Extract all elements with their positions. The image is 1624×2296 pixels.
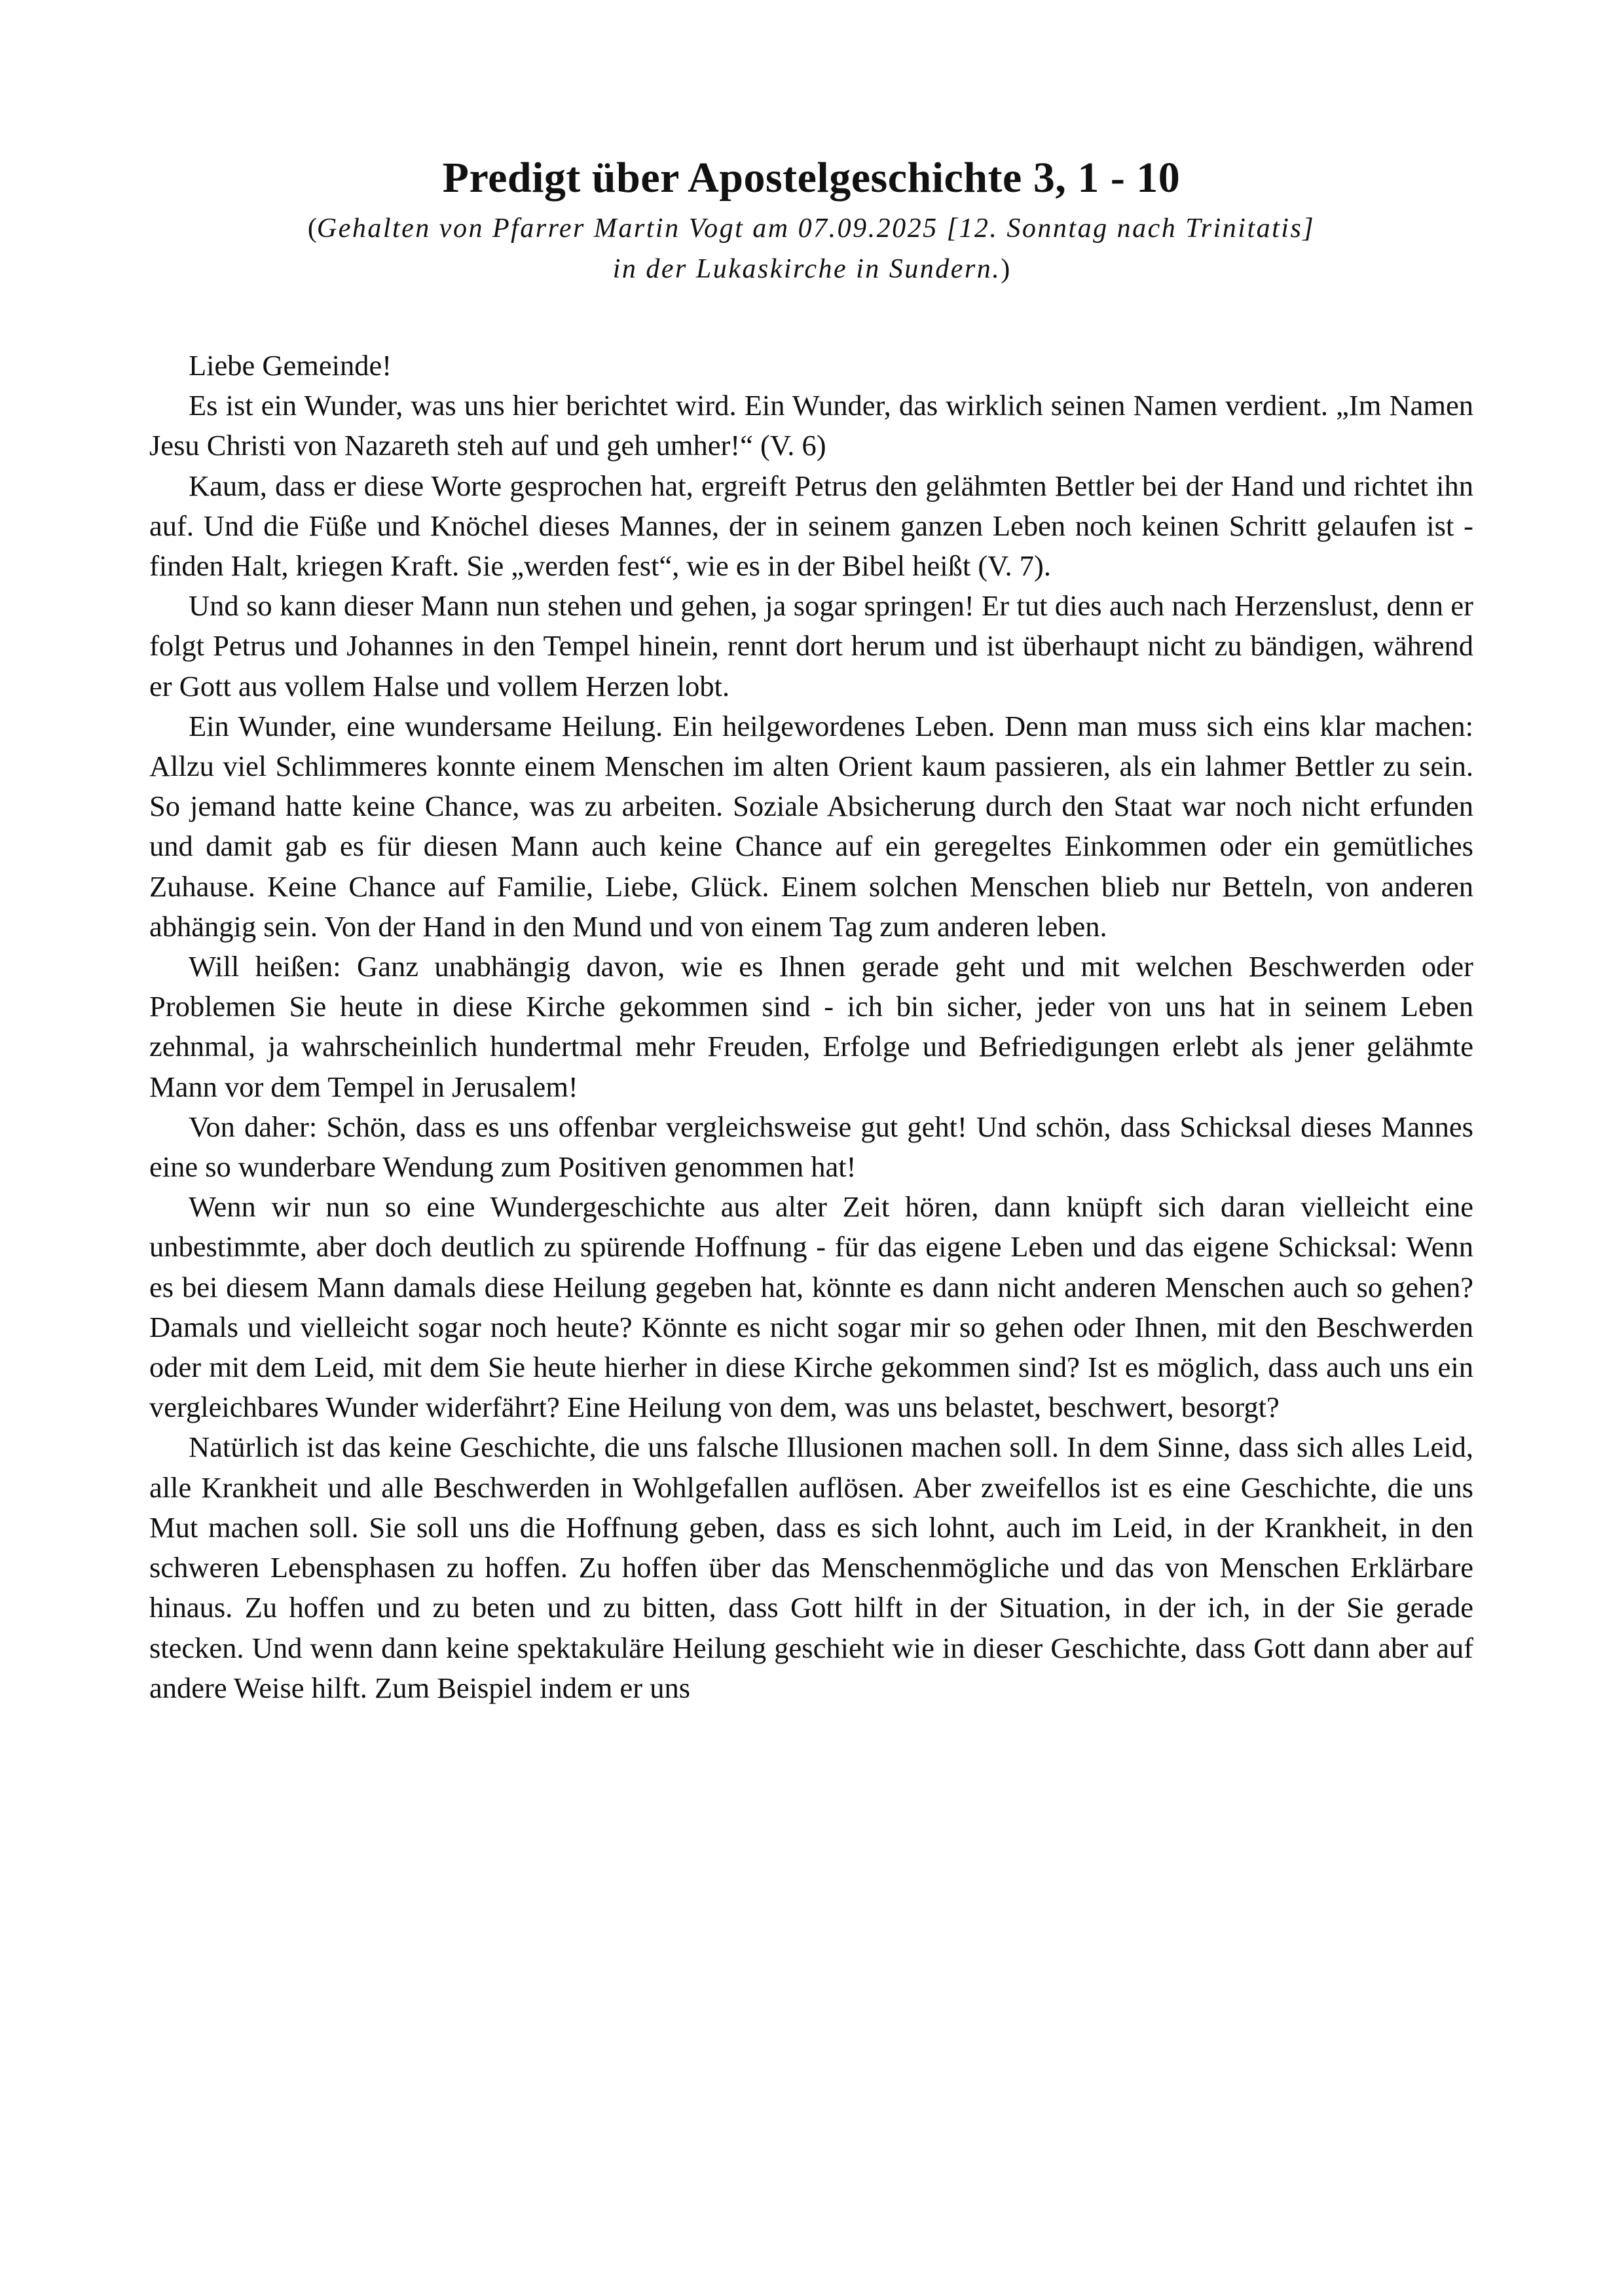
paragraph: Natürlich ist das keine Geschichte, die … — [149, 1427, 1473, 1707]
subtitle-close-paren: ) — [1001, 254, 1010, 284]
subtitle-line-2: in der Lukaskirche in Sundern.) — [149, 249, 1473, 289]
sermon-body: Liebe Gemeinde! Es ist ein Wunder, was u… — [149, 346, 1473, 1708]
subtitle-open-paren: ( — [308, 213, 317, 244]
paragraph: Es ist ein Wunder, was uns hier berichte… — [149, 386, 1473, 465]
paragraph: Und so kann dieser Mann nun stehen und g… — [149, 586, 1473, 706]
subtitle-line-1: (Gehalten von Pfarrer Martin Vogt am 07.… — [149, 208, 1473, 249]
paragraph: Von daher: Schön, dass es uns offenbar v… — [149, 1107, 1473, 1187]
paragraph: Will heißen: Ganz unabhängig davon, wie … — [149, 947, 1473, 1107]
paragraph: Ein Wunder, eine wundersame Heilung. Ein… — [149, 706, 1473, 947]
subtitle-line-2-text: in der Lukaskirche in Sundern. — [613, 254, 1001, 284]
sermon-title: Predigt über Apostelgeschichte 3, 1 - 10 — [149, 152, 1473, 204]
paragraph-salutation: Liebe Gemeinde! — [149, 346, 1473, 386]
subtitle-line-1-text: Gehalten von Pfarrer Martin Vogt am 07.0… — [317, 213, 1315, 244]
paragraph: Wenn wir nun so eine Wundergeschichte au… — [149, 1187, 1473, 1427]
paragraph: Kaum, dass er diese Worte gesprochen hat… — [149, 466, 1473, 587]
sermon-subtitle: (Gehalten von Pfarrer Martin Vogt am 07.… — [149, 208, 1473, 289]
